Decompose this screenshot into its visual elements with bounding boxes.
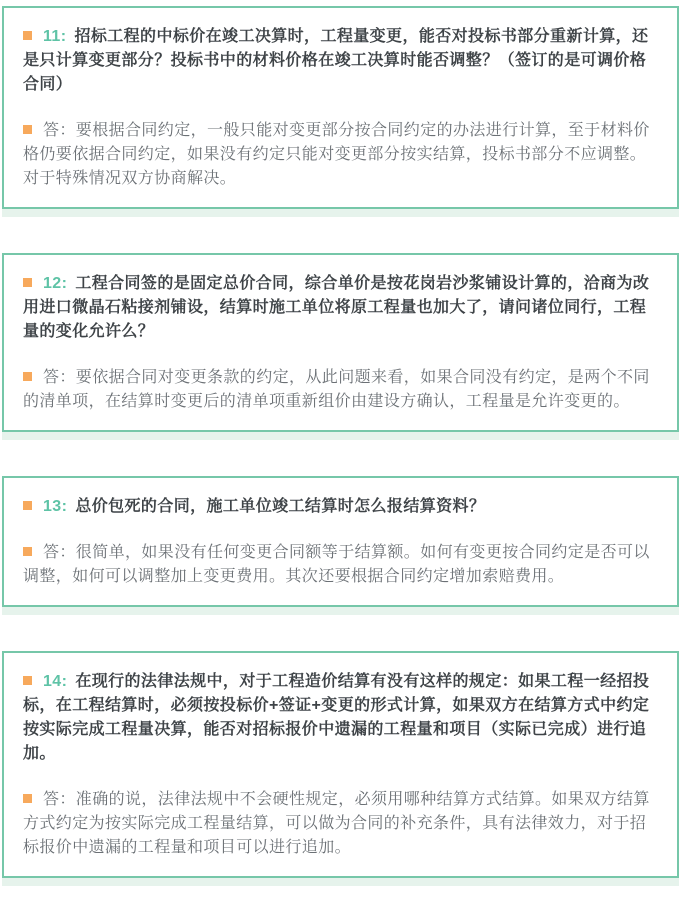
question-text: 在现行的法律法规中，对于工程造价结算有没有这样的规定：如果工程一经招投标，在工程… xyxy=(23,673,649,762)
question-paragraph: 13:总价包死的合同，施工单位竣工结算时怎么报结算资料？ xyxy=(23,495,658,519)
bullet-square-icon xyxy=(23,547,32,556)
answer-text: 答：要根据合同约定，一般只能对变更部分按合同约定的办法进行计算，至于材料价格仍要… xyxy=(23,122,650,187)
bullet-square-icon xyxy=(23,676,32,685)
bullet-square-icon xyxy=(23,31,32,40)
answer-paragraph: 答：要根据合同约定，一般只能对变更部分按合同约定的办法进行计算，至于材料价格仍要… xyxy=(23,119,658,191)
bullet-square-icon xyxy=(23,125,32,134)
qa-card-body: 13:总价包死的合同，施工单位竣工结算时怎么报结算资料？ 答：很简单，如果没有任… xyxy=(2,476,679,607)
question-number: 11: xyxy=(43,28,66,45)
bullet-square-icon xyxy=(23,372,32,381)
question-number: 12: xyxy=(43,275,67,292)
answer-paragraph: 答：很简单，如果没有任何变更合同额等于结算额。如何有变更按合同约定是否可以调整，… xyxy=(23,541,658,589)
answer-paragraph: 答：要依据合同对变更条款的约定，从此问题来看，如果合同没有约定，是两个不同的清单… xyxy=(23,366,658,414)
question-text: 招标工程的中标价在竣工决算时，工程量变更，能否对投标书部分重新计算，还是只计算变… xyxy=(23,28,648,93)
question-text: 总价包死的合同，施工单位竣工结算时怎么报结算资料？ xyxy=(75,498,485,515)
question-paragraph: 14:在现行的法律法规中，对于工程造价结算有没有这样的规定：如果工程一经招投标，… xyxy=(23,670,658,766)
qa-card-body: 12:工程合同签的是固定总价合同，综合单价是按花岗岩沙浆铺设计算的，洽商为改用进… xyxy=(2,253,679,432)
card-shadow-strip xyxy=(2,209,679,217)
bullet-square-icon xyxy=(23,794,32,803)
card-shadow-strip xyxy=(2,607,679,615)
qa-card-body: 11:招标工程的中标价在竣工决算时，工程量变更，能否对投标书部分重新计算，还是只… xyxy=(2,6,679,209)
question-number: 13: xyxy=(43,498,67,515)
qa-card-body: 14:在现行的法律法规中，对于工程造价结算有没有这样的规定：如果工程一经招投标，… xyxy=(2,651,679,878)
card-shadow-strip xyxy=(2,878,679,886)
question-paragraph: 12:工程合同签的是固定总价合同，综合单价是按花岗岩沙浆铺设计算的，洽商为改用进… xyxy=(23,272,658,344)
question-number: 14: xyxy=(43,673,67,690)
answer-paragraph: 答：准确的说，法律法规中不会硬性规定，必须用哪种结算方式结算。如果双方结算方式约… xyxy=(23,788,658,860)
card-shadow-strip xyxy=(2,432,679,440)
bullet-square-icon xyxy=(23,278,32,287)
bullet-square-icon xyxy=(23,501,32,510)
answer-text: 答：很简单，如果没有任何变更合同额等于结算额。如何有变更按合同约定是否可以调整，… xyxy=(23,544,650,585)
qa-card-13: 13:总价包死的合同，施工单位竣工结算时怎么报结算资料？ 答：很简单，如果没有任… xyxy=(2,476,679,615)
answer-text: 答：准确的说，法律法规中不会硬性规定，必须用哪种结算方式结算。如果双方结算方式约… xyxy=(23,791,650,856)
qa-card-11: 11:招标工程的中标价在竣工决算时，工程量变更，能否对投标书部分重新计算，还是只… xyxy=(2,6,679,217)
qa-card-12: 12:工程合同签的是固定总价合同，综合单价是按花岗岩沙浆铺设计算的，洽商为改用进… xyxy=(2,253,679,440)
qa-card-14: 14:在现行的法律法规中，对于工程造价结算有没有这样的规定：如果工程一经招投标，… xyxy=(2,651,679,886)
answer-text: 答：要依据合同对变更条款的约定，从此问题来看，如果合同没有约定，是两个不同的清单… xyxy=(23,369,650,410)
question-paragraph: 11:招标工程的中标价在竣工决算时，工程量变更，能否对投标书部分重新计算，还是只… xyxy=(23,25,658,97)
question-text: 工程合同签的是固定总价合同，综合单价是按花岗岩沙浆铺设计算的，洽商为改用进口微晶… xyxy=(23,275,649,340)
